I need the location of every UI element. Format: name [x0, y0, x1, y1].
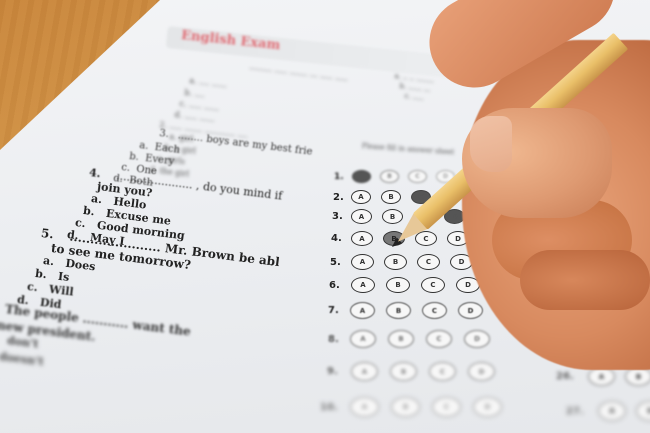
bubble-27-b[interactable]: B — [636, 401, 650, 421]
bubble-10-d[interactable]: D — [473, 397, 502, 417]
bubble-8-a[interactable]: A — [350, 330, 376, 348]
bubble-6-b[interactable]: B — [386, 277, 410, 293]
bubble-6-a[interactable]: A — [351, 277, 375, 293]
answer-row-10: 10. A B C D — [320, 397, 502, 417]
bubble-8-c[interactable]: C — [426, 330, 452, 348]
bubble-5-b[interactable]: B — [384, 254, 407, 270]
bubble-8-b[interactable]: B — [388, 330, 414, 348]
bubble-1-b[interactable]: B — [380, 170, 399, 183]
answer-row-8: 8. A B C D — [328, 330, 490, 348]
bubble-1-a[interactable]: A — [352, 170, 371, 183]
question-number: 5. — [40, 226, 54, 241]
question-number: 4. — [88, 166, 101, 180]
bubble-1-c[interactable]: C — [408, 170, 427, 183]
bubble-3-b[interactable]: B — [382, 209, 403, 224]
answer-row-27: 27. A B — [566, 401, 650, 421]
bubble-9-b[interactable]: B — [390, 362, 417, 381]
question-number: 3. — [159, 128, 170, 140]
bubble-10-c[interactable]: C — [432, 397, 461, 417]
bubble-5-c[interactable]: C — [417, 254, 440, 270]
bubble-10-a[interactable]: A — [350, 397, 379, 417]
curled-finger-lower — [520, 250, 650, 310]
answer-row-5: 5. A B C D — [330, 254, 473, 270]
answer-row-7: 7. A B C D — [328, 302, 483, 319]
thumbnail — [470, 116, 512, 172]
bubble-7-c[interactable]: C — [422, 302, 447, 319]
bubble-5-a[interactable]: A — [351, 254, 374, 270]
answer-row-6: 6. A B C D — [329, 277, 480, 293]
bubble-6-c[interactable]: C — [421, 277, 445, 293]
bubble-9-d[interactable]: D — [468, 362, 495, 381]
bubble-9-a[interactable]: A — [351, 362, 378, 381]
bubble-9-c[interactable]: C — [429, 362, 456, 381]
bubble-2-a[interactable]: A — [351, 190, 371, 204]
bubble-7-d[interactable]: D — [458, 302, 483, 319]
bubble-3-a[interactable]: A — [351, 209, 372, 224]
bubble-2-b[interactable]: B — [381, 190, 401, 204]
bubble-7-b[interactable]: B — [386, 302, 411, 319]
bubble-7-a[interactable]: A — [350, 302, 375, 319]
bubble-27-a[interactable]: A — [598, 401, 626, 421]
bubble-8-d[interactable]: D — [464, 330, 490, 348]
bubble-4-a[interactable]: A — [351, 231, 373, 246]
photo-scene: English Exam ......... ..... ....... ...… — [0, 0, 650, 433]
answer-row-1: 1. A B C D — [334, 170, 455, 183]
answer-row-9: 9. A B C D — [327, 362, 495, 381]
bubble-10-b[interactable]: B — [391, 397, 420, 417]
